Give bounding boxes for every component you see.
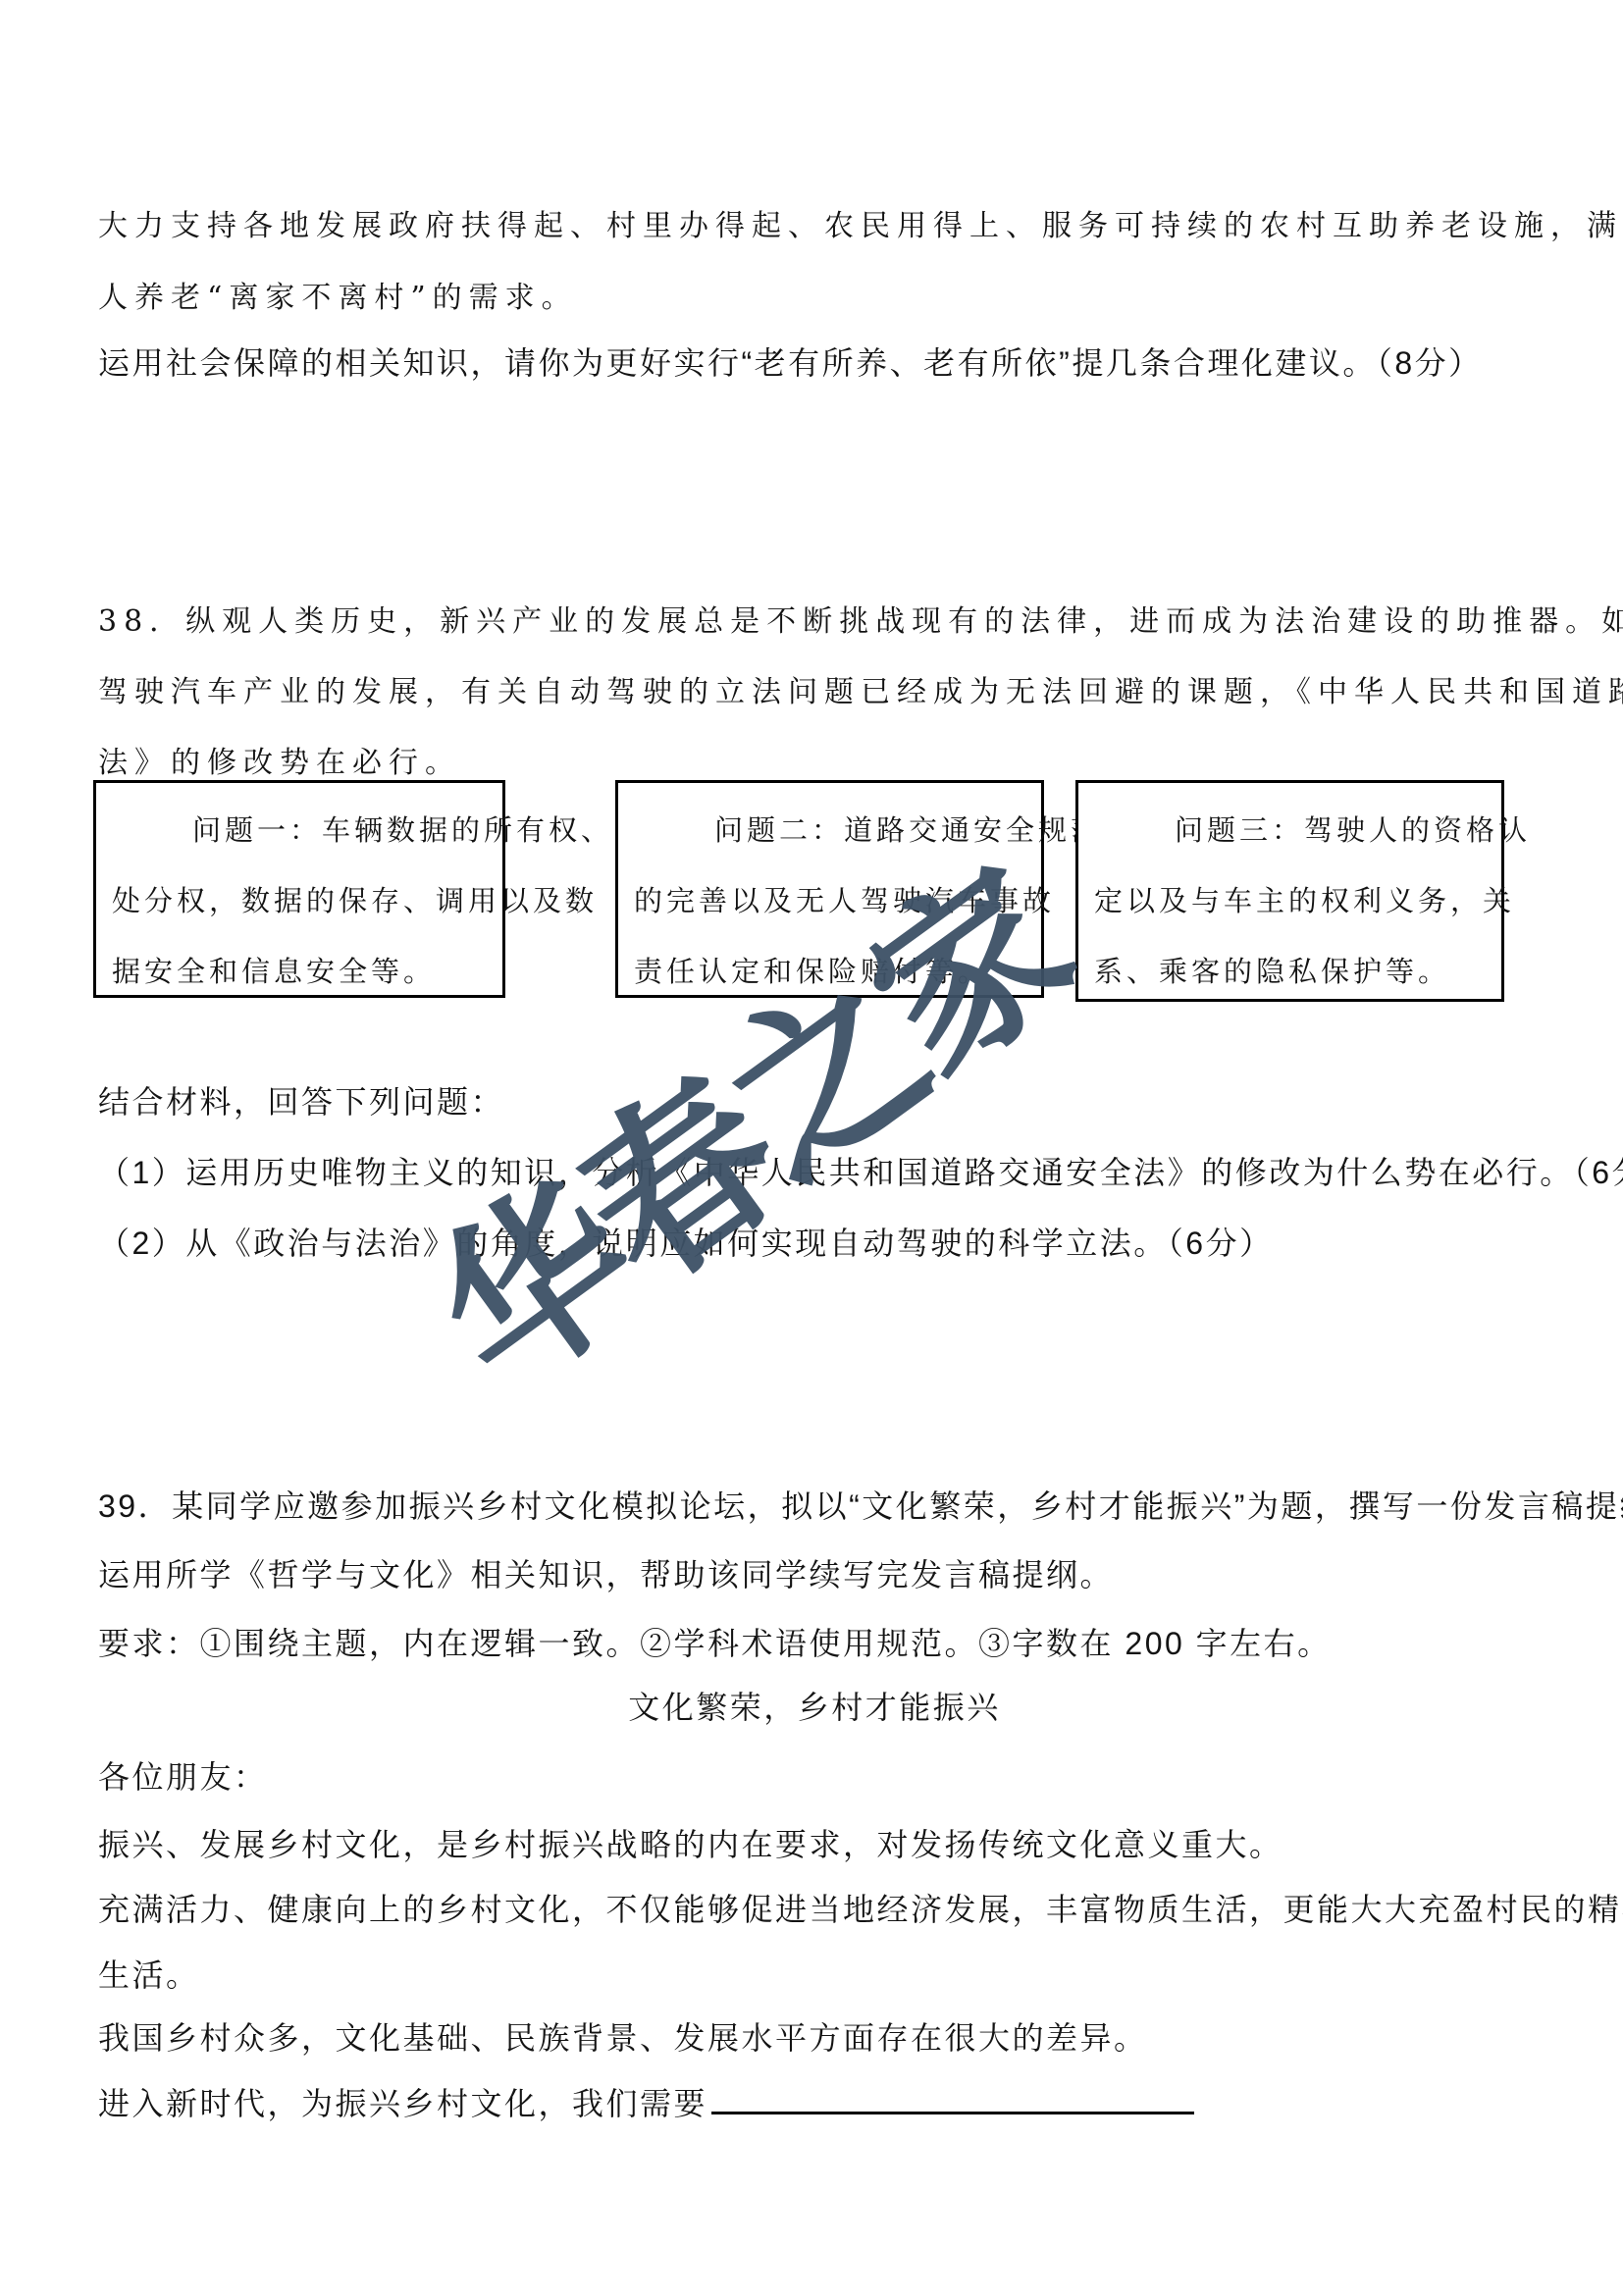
speech-paragraph: 进入新时代，为振兴乡村文化，我们需要 xyxy=(98,2086,707,2121)
answer-blank xyxy=(711,2078,1194,2114)
exam-page: 大力支持各地发展政府扶得起、村里办得起、农民用得上、服务可持续的农村互助养老设施… xyxy=(0,0,1623,2296)
question-box-1: 问题一：车辆数据的所有权、 处分权，数据的保存、调用以及数 据安全和信息安全等。 xyxy=(93,780,505,998)
question-box-3: 问题三：驾驶人的资格认 定以及与车主的权利义务，关 系、乘客的隐私保护等。 xyxy=(1075,780,1504,1002)
box-line: 处分权，数据的保存、调用以及数 xyxy=(96,865,502,936)
question-38-intro-line: 38．纵观人类历史，新兴产业的发展总是不断挑战现有的法律，进而成为法治建设的助推… xyxy=(98,597,1531,640)
question-37-text: 运用社会保障的相关知识，请你为更好实行“老有所养、老有所依”提几条合理化建议。（… xyxy=(98,339,1531,384)
material-paragraph-line: 大力支持各地发展政府扶得起、村里办得起、农民用得上、服务可持续的农村互助养老设施… xyxy=(98,201,1531,244)
question-39-intro-line: 运用所学《哲学与文化》相关知识，帮助该同学续写完发言稿提纲。 xyxy=(98,1550,1531,1595)
box-line: 据安全和信息安全等。 xyxy=(96,936,502,1007)
box-line: 定以及与车主的权利义务，关 xyxy=(1078,865,1501,936)
box-line: 系、乘客的隐私保护等。 xyxy=(1078,936,1501,1007)
question-39-intro-line: 39．某同学应邀参加振兴乡村文化模拟论坛，拟以“文化繁荣，乡村才能振兴”为题，撰… xyxy=(98,1482,1531,1527)
speech-paragraph-with-blank: 进入新时代，为振兴乡村文化，我们需要 xyxy=(98,2078,1531,2124)
question-38-intro-line: 驾驶汽车产业的发展，有关自动驾驶的立法问题已经成为无法回避的课题，《中华人民共和… xyxy=(98,667,1531,710)
speech-paragraph: 生活。 xyxy=(98,1951,1531,1996)
speech-title: 文化繁荣，乡村才能振兴 xyxy=(98,1683,1531,1728)
box-line: 问题三：驾驶人的资格认 xyxy=(1078,795,1501,865)
box-line: 问题一：车辆数据的所有权、 xyxy=(96,795,502,865)
sub-question-2: （2）从《政治与法治》的角度，说明应如何实现自动驾驶的科学立法。（6分） xyxy=(98,1219,1531,1264)
material-paragraph-line: 人养老“离家不离村”的需求。 xyxy=(98,273,1531,316)
speech-salutation: 各位朋友： xyxy=(98,1752,1531,1798)
question-38-intro-line: 法》的修改势在必行。 xyxy=(98,738,1531,781)
speech-paragraph: 振兴、发展乡村文化，是乡村振兴战略的内在要求，对发扬传统文化意义重大。 xyxy=(98,1820,1531,1865)
question-39-intro-line: 要求：①围绕主题，内在逻辑一致。②学科术语使用规范。③字数在 200 字左右。 xyxy=(98,1619,1531,1664)
speech-paragraph: 充满活力、健康向上的乡村文化，不仅能够促进当地经济发展，丰富物质生活，更能大大充… xyxy=(98,1885,1531,1930)
speech-paragraph: 我国乡村众多，文化基础、民族背景、发展水平方面存在很大的差异。 xyxy=(98,2013,1531,2059)
